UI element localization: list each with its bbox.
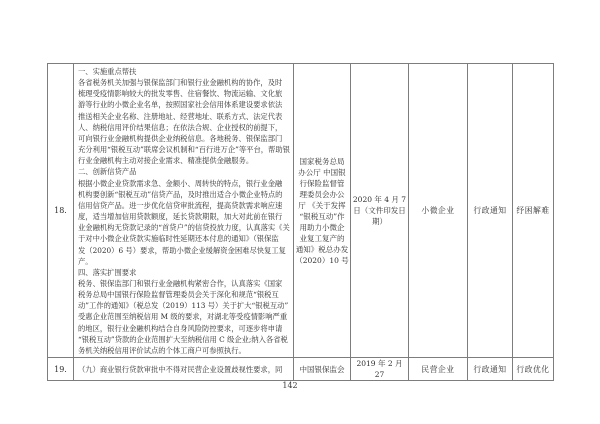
document-type: 行政通知: [468, 64, 513, 358]
measure-text: （九）商业银行贷款审批中不得对民营企业设置歧视性要求，同: [74, 358, 294, 381]
measure-category: 纾困解难: [513, 64, 554, 358]
measure-text: 一、实施重点帮扶 各省税务机关加强与银保监部门和银行业金融机构的协作，及时 梳理…: [74, 64, 294, 358]
target-enterprise-type: 小微企业: [409, 64, 468, 358]
source-document: 中国银保监会: [294, 358, 351, 381]
source-document: 国家税务总局 办公厅 中国银 行保险监督管 理委员会办公 厅 《关于发挥 “银税…: [294, 64, 351, 358]
table-row: 18. 一、实施重点帮扶 各省税务机关加强与银保监部门和银行业金融机构的协作，及…: [48, 64, 554, 358]
document-type: 行政通知: [468, 358, 513, 381]
target-enterprise-type: 民营企业: [409, 358, 468, 381]
page-number: 142: [260, 381, 320, 390]
document-page: 18. 一、实施重点帮扶 各省税务机关加强与银保监部门和银行业金融机构的协作，及…: [0, 0, 600, 424]
issue-date: 2020 年 4 月 7 日（文件印发日 期）: [351, 64, 409, 358]
row-number: 19.: [48, 358, 74, 381]
table-row: 19. （九）商业银行贷款审批中不得对民营企业设置歧视性要求，同 中国银保监会 …: [48, 358, 554, 381]
measure-category: 行政优化: [513, 358, 554, 381]
policy-table: 18. 一、实施重点帮扶 各省税务机关加强与银保监部门和银行业金融机构的协作，及…: [47, 63, 554, 381]
issue-date: 2019 年 2 月 27: [351, 358, 409, 381]
row-number: 18.: [48, 64, 74, 358]
